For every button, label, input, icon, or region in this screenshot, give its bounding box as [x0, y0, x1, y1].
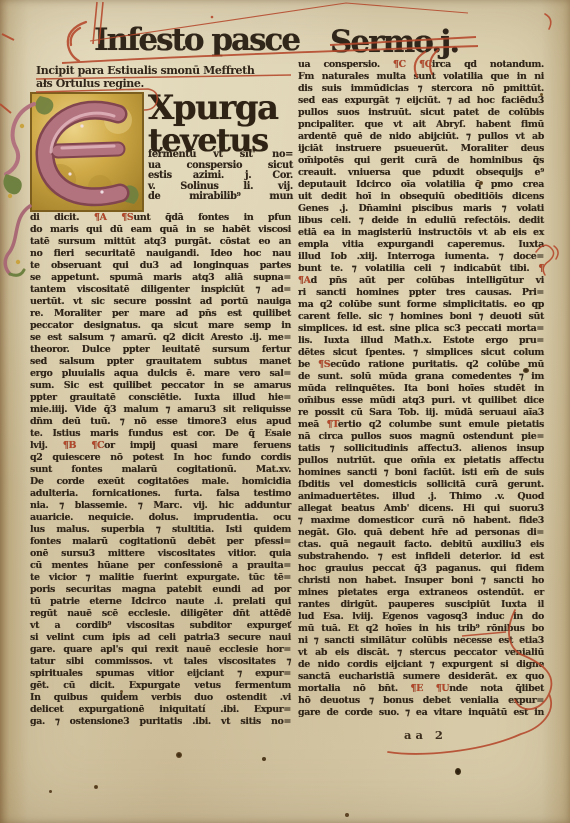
- text-line: de nido cordis eijciant ⁊ expurgent si d…: [298, 659, 544, 671]
- text-line: bunt te. ⁊ volatilia celi ⁊ indicabūt ti…: [298, 263, 544, 275]
- foxing-spot: [120, 690, 123, 693]
- text-line: peccator designatus. qa sicut mare semp …: [30, 320, 291, 332]
- text-line: te obseruant qui du3 ad longinquas parte…: [30, 260, 291, 272]
- text-line: mines pietates erga extraneos ostendūt. …: [298, 587, 544, 599]
- foxing-spot: [262, 757, 266, 761]
- text-line: lvij. ¶B ¶Cor impij quasi mare feruens: [30, 440, 291, 452]
- text-line: fermentū vt sit' no=: [148, 150, 293, 161]
- text-line: sed eas expurgāt ⁊ eijciūt. ⁊ ad hoc fac…: [298, 95, 544, 107]
- foxing-spot: [540, 93, 543, 96]
- text-line: ctas. quā negauit facto. debitū auxiliu3…: [298, 539, 544, 551]
- incipit-side-lines: fermentū vt sit' no=ua conspersio sicute…: [148, 150, 293, 203]
- text-line: ergo pluuialis aqua dulcis ē. mare vero …: [30, 368, 291, 380]
- text-line: ſbditis vel domesticis sollicitā curā ge…: [298, 479, 544, 491]
- text-line: illud Iob .xiij. Interroga iumenta. ⁊ do…: [298, 251, 544, 263]
- text-line: lus malus. superbia ⁊ stultitia. Isti qu…: [30, 524, 291, 536]
- text-line: De corde exeūt cogitatōes male. homicidi…: [30, 476, 291, 488]
- text-line: te. Istius maris fundus est cor. De q̄ E…: [30, 428, 291, 440]
- text-line: Fm naturales multa sunt volatilia que in…: [298, 71, 544, 83]
- text-line: q2 quiescere nō potest In hoc fundo cord…: [30, 452, 291, 464]
- running-header: Infesto pasce Sermo.j.: [92, 22, 532, 62]
- quire-signature: aa 2: [404, 728, 447, 742]
- text-line: ¶Ad pn̄s aūt per colūbas intelligūtur vi: [298, 275, 544, 287]
- text-line: sum. Sic est quilibet peccator in se ama…: [30, 380, 291, 392]
- foxing-spot: [479, 181, 483, 185]
- text-line: ijciāt instruere psueuerūt. Moraliter de…: [298, 143, 544, 155]
- text-line: pullos nutriūt. que om̄ia ex pietatis af…: [298, 455, 544, 467]
- text-line: homines sancti ⁊ boni faciūt. isti em̄ d…: [298, 467, 544, 479]
- text-line: ri sancti homines ppter tres causas. Pri…: [298, 287, 544, 299]
- text-line: delicet expurgationē iniquitatí .ibi. Ex…: [30, 704, 291, 716]
- incipit-rubric: Incipit para Estiualis smonū Meffreth ał…: [36, 64, 298, 90]
- text-line: lud Esa. lviij. Egenos vagosq3 induc in …: [298, 611, 544, 623]
- text-line: adulteria. fornicationes. furta. falsa t…: [30, 488, 291, 500]
- text-line: dn̄m deū tuū. ⁊ nō esse timore3 eius apu…: [30, 416, 291, 428]
- text-line: empla vitia expurgandi caperemus. Iuxta: [298, 239, 544, 251]
- text-line: de sunt. solū mūda grana comedentes ⁊ im: [298, 371, 544, 383]
- text-line: mortalia nō bn̄t. ¶E ¶Unde nota q̄libet: [298, 683, 544, 695]
- text-line: be ¶Secūdo ratione puritatis. q2 colūbe …: [298, 359, 544, 371]
- text-line: ua conspersio. ¶C ¶Circa qd notandum.: [298, 59, 544, 71]
- text-line: carent felle. sic ⁊ homines boni ⁊ deuot…: [298, 311, 544, 323]
- text-line: hō deuotus ⁊ bonus debet venialia expur=: [298, 695, 544, 707]
- text-line: ardentē quē de nido abijciūt. ⁊ pullos v…: [298, 131, 544, 143]
- text-line: ma q2 colūbe sunt forme simplicitatis. e…: [298, 299, 544, 311]
- text-line: om̄ipotēs qui gerit curā de hominibus q̄…: [298, 155, 544, 167]
- text-line: libus celi. ⁊ deide in eduliū refectōis.…: [298, 215, 544, 227]
- text-line: sanctā eucharistiā sumere desiderāt. ex …: [298, 671, 544, 683]
- text-line: tū patrie eterne Idcirco naute .i. prela…: [30, 596, 291, 608]
- rubric-line-1: Incipit para Estiualis smonū Meffreth: [36, 64, 298, 77]
- text-line: gēt. cū dicit. Expurgate vetus fermentum: [30, 680, 291, 692]
- text-line: vt a cordib⁹ viscositas subditor expurge…: [30, 620, 291, 632]
- text-column-right: ua conspersio. ¶C ¶Circa qd notandum.Fm …: [298, 59, 544, 719]
- text-line: pncipaliter. que vt ait Abryſ. habent fi…: [298, 119, 544, 131]
- text-line: re. Moraliter per mare ad pn̄s est quili…: [30, 308, 291, 320]
- text-line: tatis ⁊ sollicitudinis affectu3. alienos…: [298, 443, 544, 455]
- text-line: se appetunt. spumā maris atq3 aliā supna…: [30, 272, 291, 284]
- text-line: auaricie. nequicie. dolus. imprudentia. …: [30, 512, 291, 524]
- text-line: lis. Iuxta illud Math.x. Estote ergo pru…: [298, 335, 544, 347]
- text-line: spirituales spumas vitior eijciant ⁊ exp…: [30, 668, 291, 680]
- header-sermon-number: Sermo.j.: [330, 24, 458, 60]
- text-line: gare de corde suo. ⁊ ea vitare inquātū e…: [298, 707, 544, 719]
- text-line: tatē sursum mittūt atq3 purgāt. cōstat e…: [30, 236, 291, 248]
- text-line: allegat beatus Amb' dicens. Hi qui suoru…: [298, 503, 544, 515]
- text-line: di dicit. ¶A ¶Sunt q̄dā fontes in pfun: [30, 212, 291, 224]
- text-line: theoror. Dulce ppter leuitatē sursum fer…: [30, 344, 291, 356]
- text-line: gare. quare apl's qui rexit nauē ecclesi…: [30, 644, 291, 656]
- foxing-spot: [49, 790, 52, 793]
- text-line: mū tuā. Et q2 hoīes in his trib⁹ rōnibus…: [298, 623, 544, 635]
- text-line: mūda relinquētes. Ita boni hoīes studēt …: [298, 383, 544, 395]
- text-line: deputauit Idcirco oīa volatilia q̄ pmo c…: [298, 179, 544, 191]
- text-line: si velint cum ipis ad celi patria3 secur…: [30, 632, 291, 644]
- text-line: etiā ea in magisteriū instructōis vt ab …: [298, 227, 544, 239]
- text-line: hoc grauius peccat q̄3 paganus. qui fide…: [298, 563, 544, 575]
- illuminated-initial-E: [30, 92, 144, 212]
- text-line: mie.iiij. Vide q̄3 malum ⁊ amaru3 sit re…: [30, 404, 291, 416]
- text-line: In quibus quidem verbis duo ostendit .vi: [30, 692, 291, 704]
- foxing-spot: [345, 813, 349, 817]
- text-line: creauit. vniuersa que pduxit obsequijs e…: [298, 167, 544, 179]
- text-column-left: di dicit. ¶A ¶Sunt q̄dā fontes in pfundo…: [30, 212, 291, 728]
- text-line: meā ¶Tertio q2 columbe sunt emule pietat…: [298, 419, 544, 431]
- text-line: ga. ⁊ ostensione3 puritatis .ibi. vt sit…: [30, 716, 291, 728]
- text-line: ppter grauitatē consciētie. Iuxta illud …: [30, 392, 291, 404]
- text-line: Genes .j. Dn̄amini piscibus maris ⁊ vola…: [298, 203, 544, 215]
- text-line: sunt fontes malarū cogitationū. Mat.xv.: [30, 464, 291, 476]
- text-line: simplices. id est. sine plica sc3 peccat…: [298, 323, 544, 335]
- text-line: tatur sibi commissos. vt tales viscosita…: [30, 656, 291, 668]
- text-line: dētes sicut ſpentes. ⁊ simplices sicut c…: [298, 347, 544, 359]
- text-line: nā circa pullos suos magnū ostendunt pie…: [298, 431, 544, 443]
- text-line: substrahendo. ⁊ est infideli deterior. i…: [298, 551, 544, 563]
- text-line: do maris qui dū eam quā in se habēt visc…: [30, 224, 291, 236]
- wormhole-spot: [523, 368, 529, 373]
- text-line: re possit cū Sara Tob. iij. mūdā seruaui…: [298, 407, 544, 419]
- text-line: no fieri securitatē nauigandi. Ideo hoc …: [30, 248, 291, 260]
- text-line: uit dedit hoī in obsequiū obeditiōis dic…: [298, 191, 544, 203]
- header-feast-title: Infesto pasce: [94, 22, 299, 58]
- text-line: te vicior ⁊ malitie fuerint expurgate. t…: [30, 572, 291, 584]
- text-line: sed salsum ppter grauitatem subtus manet: [30, 356, 291, 368]
- text-line: nia. ⁊ blassemie. ⁊ Marc. vij. hic addun…: [30, 500, 291, 512]
- text-line: regūt nauē scē ecclesie. diligēter dn̄t …: [30, 608, 291, 620]
- text-line: om̄ibus esse mūdi atq3 puri. vt quilibet…: [298, 395, 544, 407]
- text-line: poris securitas magna patebit eundi ad p…: [30, 584, 291, 596]
- text-line: ni ⁊ sancti similātur colūbis necesse es…: [298, 635, 544, 647]
- incunabulum-page: Infesto pasce Sermo.j. Incipit para Esti…: [0, 0, 570, 823]
- text-line: animaduertētes. illud .j. Thimo .v. Quod: [298, 491, 544, 503]
- text-line: fontes malarū cogitationū debēt per pfes…: [30, 536, 291, 548]
- text-line: vt ab eis discāt. ⁊ stercus peccator ven…: [298, 647, 544, 659]
- text-line: dis suis immūdicias ⁊ stercora nō pmittū…: [298, 83, 544, 95]
- text-line: rantes dirigūt. pauperes suscipiūt Iuxta…: [298, 599, 544, 611]
- text-line: onē sursu3 mittere viscositates vitior. …: [30, 548, 291, 560]
- text-line: negāt. Glo. quā debent hr̄e ad personas …: [298, 527, 544, 539]
- text-line: de mirabilib⁹ mun: [148, 192, 293, 203]
- text-line: pullos suos instruūt. sicut patet de col…: [298, 107, 544, 119]
- text-line: uertūt. vt sic secure possint ad portū n…: [30, 296, 291, 308]
- text-line: ⁊ maxime domesticor curā nō habent. fide…: [298, 515, 544, 527]
- foxing-spot: [176, 752, 182, 758]
- text-line: cū mentes hūane per confessionē a prauit…: [30, 560, 291, 572]
- text-line: christi non habet. Insuper boni ⁊ sancti…: [298, 575, 544, 587]
- foxing-spot: [94, 785, 98, 789]
- text-line: estis azimi. j. Cor.: [148, 171, 293, 182]
- ink-spot: [455, 768, 461, 775]
- text-line: tantem viscositatē diligenter inspiciūt …: [30, 284, 291, 296]
- text-line: se est salsum ⁊ amarū. q2 dicit Aresto .…: [30, 332, 291, 344]
